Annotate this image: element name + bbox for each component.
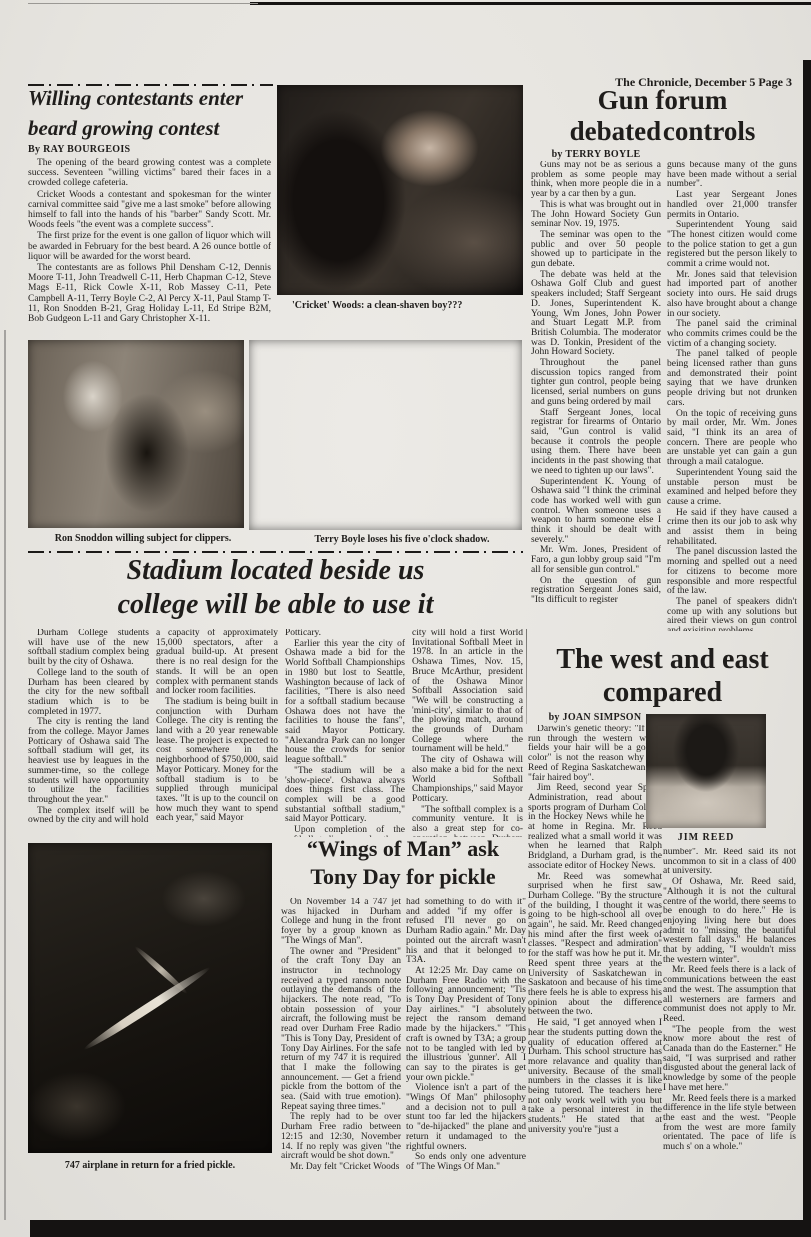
snoddon-photo-caption: Ron Snoddon willing subject for clippers… [48, 533, 238, 544]
beard-headline-line2: beard growing contest [28, 118, 278, 140]
stadium-column-3: Potticary.Earlier this year the city of … [285, 629, 405, 837]
stadium-column-2: a capacity of approximately 15,000 spect… [156, 629, 278, 837]
paragraph: Superintendent K. Young of Oshawa said "… [531, 478, 661, 546]
paragraph: The panel said the criminal who commits … [667, 320, 797, 349]
gun-headline-line2: debated controls [527, 117, 798, 145]
stadium-column-4: city will hold a first World Invitationa… [412, 629, 523, 837]
boyle-photo-caption: Terry Boyle loses his five o'clock shado… [288, 534, 516, 545]
airplane-wing-highlight [133, 944, 189, 995]
paragraph: Violence isn't a part of the "Wings Of M… [406, 1084, 526, 1152]
paragraph: Staff Sergeant Jones, local registrar fo… [531, 409, 661, 477]
paragraph: The panel of speakers didn't come up wit… [667, 598, 797, 631]
paragraph: Mr. Reed was somewhat surprised when he … [528, 873, 662, 1019]
airplane-photo-caption: 747 airplane in return for a fried pickl… [38, 1160, 262, 1171]
gun-byline: by TERRY BOYLE [530, 149, 662, 160]
wings-column-2: had something to do with it" and added "… [406, 898, 526, 1216]
paragraph: The owner and "President" of the craft T… [281, 948, 401, 1113]
paragraph: Throughout the panel discussion topics r… [531, 359, 661, 408]
paragraph: The city of Oshawa will also make a bid … [412, 756, 523, 805]
westeast-headline-line2: compared [525, 678, 800, 707]
scan-edge-bottom [30, 1220, 811, 1237]
airplane-fuselage-highlight [82, 964, 213, 1053]
jim-reed-caption: JIM REED [646, 832, 766, 843]
cricket-woods-photo [277, 85, 523, 295]
paragraph: Mr. Wm. Jones, President of Faro, a gun … [531, 546, 661, 575]
paragraph: The debate was held at the Oshawa Golf C… [531, 271, 661, 358]
paragraph: He said, "I get annoyed when I hear the … [528, 1019, 662, 1135]
scan-edge-right [803, 60, 811, 1237]
paragraph: a capacity of approximately 15,000 spect… [156, 629, 278, 697]
paragraph: Superintendent Young said the unstable p… [667, 469, 797, 508]
scan-edge-left [4, 330, 6, 1220]
stadium-column-1: Durham College students will have use of… [28, 629, 149, 841]
westeast-column-1: Darwin's genetic theory: "If you run thr… [528, 725, 662, 1183]
paragraph: This is what was brought out in The John… [531, 201, 661, 230]
stadium-headline-line2: college will be able to use it [28, 590, 523, 619]
paragraph: The panel talked of people being license… [667, 350, 797, 408]
wings-column-1: On November 14 a 747 jet was hijacked in… [281, 898, 401, 1216]
westeast-column-2: number". Mr. Reed said its not uncommon … [663, 848, 796, 1183]
paragraph: On the topic of receiving guns by mail o… [667, 410, 797, 468]
paragraph: The stadium is being built in conjunctio… [156, 698, 278, 824]
paragraph: Of Oshawa, Mr. Reed said, "Although it i… [663, 878, 796, 965]
column-divider-rule [526, 629, 527, 724]
paragraph: Mr. Jones said that television had impor… [667, 271, 797, 320]
dash-dot-rule-middle [28, 551, 523, 553]
paragraph: "The people from the west know more abou… [663, 1026, 796, 1094]
westeast-headline-line1: The west and east [525, 645, 800, 674]
paragraph: The reply had to be over Durham Free rad… [281, 1113, 401, 1162]
scan-edge-top-left [28, 3, 258, 4]
paragraph: Guns may not be as serious a problem as … [531, 161, 661, 200]
beard-headline-line1: Willing contestants enter [28, 88, 278, 110]
paragraph: Last year Sergeant Jones handled over 21… [667, 191, 797, 220]
westeast-byline: by JOAN SIMPSON [528, 712, 662, 723]
paragraph: Jim Reed, second year Sports Administrat… [528, 784, 662, 871]
paragraph: Earlier this year the city of Oshawa mad… [285, 640, 405, 766]
gun-column-2: guns because many of the guns have been … [667, 161, 797, 631]
paragraph: Durham College students will have use of… [28, 629, 149, 668]
gun-column-1: Guns may not be as serious a problem as … [531, 161, 661, 631]
paragraph: "The softball complex is a community ven… [412, 806, 523, 837]
stadium-headline-line1: Stadium located beside us [28, 556, 523, 585]
paragraph: guns because many of the guns have been … [667, 161, 797, 190]
paragraph: had something to do with it" and added "… [406, 898, 526, 966]
scan-edge-top [250, 2, 811, 5]
paragraph: Mr. Day felt "Cricket Woods [281, 1163, 401, 1173]
airplane-photo [28, 843, 272, 1153]
paragraph: Potticary. [285, 629, 405, 639]
wings-headline-line2: Tony Day for pickle [283, 866, 523, 889]
paragraph: On November 14 a 747 jet was hijacked in… [281, 898, 401, 947]
paragraph: Superintendent Young said "The honest ci… [667, 221, 797, 270]
paragraph: The seminar was open to the public and o… [531, 231, 661, 270]
gun-headline-line1: Gun forum [527, 86, 798, 114]
paragraph: The first prize for the event is one gal… [28, 231, 271, 262]
paragraph: Mr. Reed feels there is a lack of commun… [663, 966, 796, 1024]
newspaper-page: The Chronicle, December 5 Page 3 Willing… [0, 0, 811, 1237]
paragraph: College land to the south of Durham has … [28, 669, 149, 718]
beard-byline: By RAY BOURGEOIS [28, 144, 228, 155]
paragraph: Mr. Reed feels there is a marked differe… [663, 1095, 796, 1153]
cricket-photo-caption: 'Cricket' Woods: a clean-shaven boy??? [292, 300, 517, 311]
paragraph: The panel discussion lasted the morning … [667, 548, 797, 597]
paragraph: So ends only one adventure of "The Wings… [406, 1153, 526, 1172]
paragraph: number". Mr. Reed said its not uncommon … [663, 848, 796, 877]
paragraph: He said if they have caused a crime then… [667, 509, 797, 548]
paragraph: Cricket Woods a contestant and spokesman… [28, 190, 271, 231]
paragraph: At 12:25 Mr. Day came on Durham Free Rad… [406, 967, 526, 1083]
paragraph: On the question of gun registration Serg… [531, 577, 661, 606]
paragraph: The city is renting the land from the co… [28, 718, 149, 805]
paragraph: The complex itself will be owned by the … [28, 807, 149, 826]
wings-headline-line1: “Wings of Man” ask [283, 838, 523, 861]
jim-reed-photo [646, 714, 766, 828]
paragraph: "The stadium will be a 'show-piece'. Osh… [285, 767, 405, 825]
paragraph: The contestants are as follows Phil Dens… [28, 263, 271, 324]
paragraph: Darwin's genetic theory: "If you run thr… [528, 725, 662, 783]
paragraph: city will hold a first World Invitationa… [412, 629, 523, 755]
snoddon-clippers-photo [28, 340, 244, 528]
boyle-shave-photo [249, 340, 522, 530]
paragraph: The opening of the beard growing contest… [28, 158, 271, 189]
beard-body: The opening of the beard growing contest… [28, 158, 271, 330]
